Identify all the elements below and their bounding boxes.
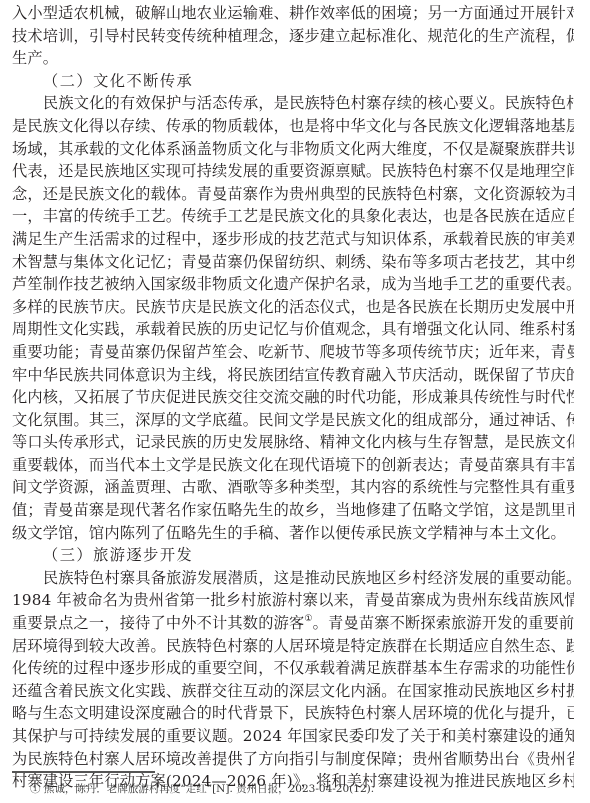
text-line: 化内核，又拓展了节庆促进民族交往交流交融的时代功能，形成兼具传统性与时代性的节庆 bbox=[12, 386, 574, 409]
text-line: 生产。 bbox=[12, 47, 574, 70]
text-line: 重要载体，而当代本土文学是民族文化在现代语境下的创新表达；青曼苗寨具有丰富的民 bbox=[12, 454, 574, 477]
text-line: 民族文化的有效保护与活态传承，是民族特色村寨存续的核心要义。民族特色村寨既 bbox=[12, 92, 574, 115]
section-heading: （二）文化不断传承 bbox=[12, 70, 574, 93]
text-line: 牢中华民族共同体意识为主线，将民族团结宣传教育融入节庆活动，既保留了节庆的民族文 bbox=[12, 364, 574, 387]
text-line: 略与生态文明建设深度融合的时代背景下，民族特色村寨人居环境的优化与提升，已成为 bbox=[12, 702, 574, 725]
text-line: 满足生产生活需求的过程中，逐步形成的技艺范式与知识体系，承载着民族的审美观念、技 bbox=[12, 228, 574, 251]
text-span: 重要景点之一，接待了中外不计其数的游客 bbox=[12, 614, 304, 632]
document-body: 入小型适农机械，破解山地农业运输难、耕作效率低的困境；另一方面通过开展针对性农业… bbox=[12, 2, 574, 793]
text-line: 技术培训，引导村民转变传统种植理念，逐步建立起标准化、规范化的生产流程，促进农业 bbox=[12, 25, 574, 48]
text-line: 术智慧与集体文化记忆；青曼苗寨仍保留纺织、刺绣、染布等多项古老技艺，其中织锦技艺… bbox=[12, 251, 574, 274]
section-heading: （三）旅游逐步开发 bbox=[12, 544, 574, 567]
text-line: 民族特色村寨具备旅游发展潜质，这是推动民族地区乡村经济发展的重要动能。自 bbox=[12, 567, 574, 590]
text-line: 重要功能；青曼苗寨仍保留芦笙会、吃新节、爬坡节等多项传统节庆；近年来，青曼苗寨以… bbox=[12, 341, 574, 364]
text-line: 场域，其承载的文化体系涵盖物质文化与非物质文化两大维度，不仅是凝聚族群共识的符号 bbox=[12, 138, 574, 161]
text-line: 代表，还是民族地区实现可持续发展的重要资源禀赋。民族特色村寨不仅是地理空间的概 bbox=[12, 160, 574, 183]
text-line: 多样的民族节庆。民族节庆是民族文化的活态仪式，也是各民族在长期历史发展中形成的 bbox=[12, 296, 574, 319]
text-line: 1984 年被命名为贵州省第一批乡村旅游村寨以来，青曼苗寨成为贵州东线苗族风情旅… bbox=[12, 589, 574, 612]
footnote-divider bbox=[12, 771, 155, 773]
text-line: 还蕴含着民族文化实践、族群交往互动的深层文化内涵。在国家推动民族地区乡村振兴战 bbox=[12, 680, 574, 703]
text-line: 化传统的过程中逐步形成的重要空间，不仅承载着满足族群基本生存需求的功能性价值， bbox=[12, 657, 574, 680]
text-line: 文化氛围。其三，深厚的文学底蕴。民间文学是民族文化的组成部分，通过神话、传说、歌… bbox=[12, 409, 574, 432]
text-line: 级文学馆，馆内陈列了伍略先生的手稿、著作以便传承民族文学精神与本土文化。 bbox=[12, 522, 574, 545]
text-line: 周期性文化实践，承载着民族的历史记忆与价值观念，具有增强文化认同、维系村寨秩序的 bbox=[12, 318, 574, 341]
text-line: 一，丰富的传统手工艺。传统手工艺是民族文化的具象化表达，也是各民族在适应自然环境… bbox=[12, 205, 574, 228]
footnote: ① 熊诚，陈丹．老牌旅游村再度“走红”[N]. 贵州日报，2023-04-20(… bbox=[30, 782, 374, 796]
text-line: 芦笙制作技艺被纳入国家级非物质文化遗产保护名录，成为当地手工艺的重要代表。其二， bbox=[12, 273, 574, 296]
text-line: 是民族文化得以存续、传承的物质载体，也是将中华文化与各民族文化逻辑落地基层的重要 bbox=[12, 115, 574, 138]
text-line: 念，还是民族文化的载体。青曼苗寨作为贵州典型的民族特色村寨，文化资源较为丰富：其 bbox=[12, 183, 574, 206]
text-line: 为民族特色村寨人居环境改善提供了方向指引与制度保障；贵州省顺势出台《贵州省和美 bbox=[12, 748, 574, 771]
text-line: 居环境得到较大改善。民族特色村寨的人居环境是特定族群在长期适应自然生态、践行文 bbox=[12, 635, 574, 658]
text-line: 间文学资源，涵盖贾理、古歌、酒歌等多种类型，其内容的系统性与完整性具有重要的研究… bbox=[12, 476, 574, 499]
text-span: 。青曼苗寨不断探索旅游开发的重要前提是人 bbox=[313, 614, 574, 632]
text-line: 入小型适农机械，破解山地农业运输难、耕作效率低的困境；另一方面通过开展针对性农业 bbox=[12, 2, 574, 25]
text-line: 其保护与可持续发展的重要议题。2024 年国家民委印发了关于和美村寨建设的通知，… bbox=[12, 725, 574, 748]
footnote-ref[interactable]: ① bbox=[304, 614, 312, 624]
text-line: 重要景点之一，接待了中外不计其数的游客①。青曼苗寨不断探索旅游开发的重要前提是人 bbox=[12, 612, 574, 635]
text-line: 等口头传承形式，记录民族的历史发展脉络、精神文化内核与生存智慧，是民族文化记忆的 bbox=[12, 431, 574, 454]
text-line: 值；青曼苗寨是现代著名作家伍略先生的故乡，当地修建了伍略文学馆，这是凯里市首座村 bbox=[12, 499, 574, 522]
